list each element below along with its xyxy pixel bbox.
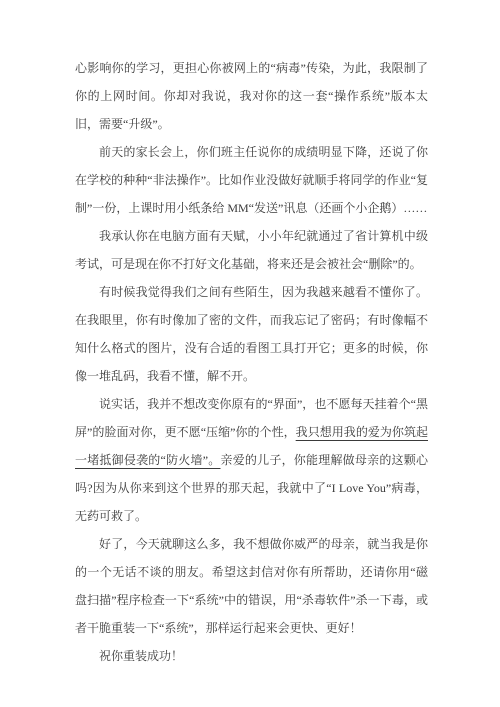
document-page: 心影响你的学习，更担心你被网上的“病毒”传染，为此，我限制了你的上网时间。你却对… (0, 0, 500, 707)
closing-wish-line: 祝你重装成功！ (75, 642, 428, 670)
paragraph-6: 好了，今天就聊这么多，我不想做你威严的母亲，就当我是你的一个无话不谈的朋友。希望… (75, 530, 428, 642)
letter-body: 心影响你的学习，更担心你被网上的“病毒”传染，为此，我限制了你的上网时间。你却对… (75, 54, 428, 670)
paragraph-4: 有时候我觉得我们之间有些陌生，因为我越来越看不懂你了。在我眼里，你有时像加了密的… (75, 278, 428, 390)
paragraph-1: 心影响你的学习，更担心你被网上的“病毒”传染，为此，我限制了你的上网时间。你却对… (75, 54, 428, 138)
paragraph-2: 前天的家长会上，你们班主任说你的成绩明显下降，还说了你在学校的种种“非法操作”。… (75, 138, 428, 222)
paragraph-5: 说实话，我并不想改变你原有的“界面”，也不愿每天挂着个“黑屏”的脸面对你，更不愿… (75, 390, 428, 530)
paragraph-3: 我承认你在电脑方面有天赋，小小年纪就通过了省计算机中级考试，可是现在你不打好文化… (75, 222, 428, 278)
